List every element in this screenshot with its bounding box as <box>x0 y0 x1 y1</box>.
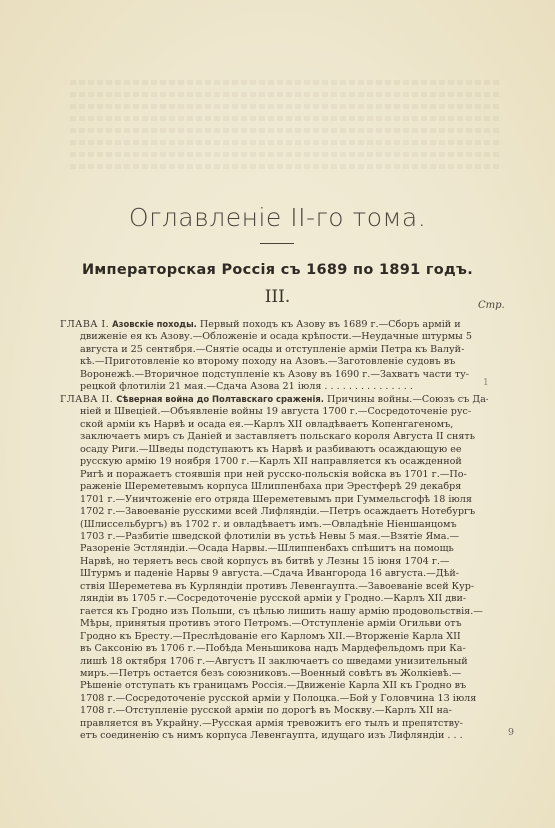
bleed-through-text <box>70 116 500 121</box>
chapter-text-line: ской арміи къ Нарвѣ и осада ея.—Карлъ XI… <box>60 419 488 431</box>
chapter-text-line: Разореніе Эстляндіи.—Осада Нарвы.—Шлиппе… <box>60 543 488 555</box>
chapter-text-line: Ригѣ и поражаетъ стоявшія при ней русско… <box>60 469 488 481</box>
chapter-text-line: кѣ.—Приготовленіе ко второму походу на А… <box>60 356 488 368</box>
chapter-text-line: 1701 г.—Уничтоженіе его отряда Шереметев… <box>60 494 488 506</box>
bleed-through-text <box>70 128 500 133</box>
chapter-text-line: заключаетъ миръ съ Даніей и заставляетъ … <box>60 431 488 443</box>
chapter-text-line: осаду Риги.—Шведы подступаютъ къ Нарвѣ и… <box>60 444 488 456</box>
bleed-through-text <box>70 152 500 157</box>
page-column-label: Стр. <box>478 300 505 311</box>
chapter-text-line: (Шлиссельбургъ) въ 1702 г. и овладѣваетъ… <box>60 519 488 531</box>
chapter-text-line: раженіе Шереметевымъ корпуса Шлиппенбаха… <box>60 481 488 493</box>
title-divider <box>260 243 294 244</box>
chapter-text-line: въ Саксонію въ 1706 г.—Побѣда Меньшикова… <box>60 643 488 655</box>
chapter-text-line: миръ.—Петръ остается безъ союзниковъ.—Во… <box>60 668 488 680</box>
chapter-label: ГЛАВА II. <box>60 394 113 405</box>
chapter-text: Причины войны.—Союзъ съ Да- <box>327 394 488 405</box>
chapter-text-line: Воронежѣ.—Вторичное подступленіе къ Азов… <box>60 369 488 381</box>
book-page: Оглавленіе II-го тома. Императорская Рос… <box>0 0 555 828</box>
page-title: Оглавленіе II-го тома. <box>0 203 555 232</box>
chapter-text-line: ствія Шереметева въ Курляндіи противъ Ле… <box>60 581 488 593</box>
bleed-through-text <box>70 140 500 145</box>
chapter-text-line: Штурмъ и паденіе Нарвы 9 августа.—Сдача … <box>60 568 488 580</box>
toc-entry-chapter-1: ГЛАВА I. Азовскіе походы. Первый походъ … <box>60 318 488 394</box>
chapter-text-line: Мѣры, принятыя противъ этого Петромъ.—От… <box>60 618 488 630</box>
chapter-text-line: 1703 г.—Разбитіе шведской флотиліи въ ус… <box>60 531 488 543</box>
chapter-text-line: рецкой флотиліи 21 мая.—Сдача Азова 21 і… <box>60 381 488 393</box>
chapter-text-line: движеніе ея къ Азову.—Обложеніе и осада … <box>60 331 488 343</box>
bleed-through-text <box>70 92 500 97</box>
chapter-label: ГЛАВА I. <box>60 319 109 330</box>
toc-entry-first-line: ГЛАВА II. Сѣверная война до Полтавскаго … <box>60 393 488 406</box>
chapter-text-line: ляндіи въ 1705 г.—Сосредоточеніе русской… <box>60 593 488 605</box>
chapter-2-page-number: 9 <box>508 727 514 738</box>
chapter-text-line: 1708 г.—Отступленіе русской арміи по дор… <box>60 705 488 717</box>
toc-entry-chapter-2: ГЛАВА II. Сѣверная война до Полтавскаго … <box>60 393 488 743</box>
volume-subtitle: Императорская Россія съ 1689 по 1891 год… <box>0 262 555 278</box>
chapter-text-line: 1708 г.—Сосредоточеніе русской арміи у П… <box>60 693 488 705</box>
chapter-text-line: правляется въ Украйну.—Русская армія тре… <box>60 718 488 730</box>
bleed-through-text <box>70 104 500 109</box>
chapter-text-line: етъ соединенію съ нимъ корпуса Левенгауп… <box>60 730 488 742</box>
chapter-text-line: Рѣшеніе отступать къ границамъ Россія.—Д… <box>60 680 488 692</box>
chapter-title: Азовскіе походы. <box>112 319 197 329</box>
chapter-text-line: гается къ Гродно изъ Польши, съ цѣлью ли… <box>60 606 488 618</box>
chapter-text-line: лишѣ 18 октября 1706 г.—Августъ II заклю… <box>60 656 488 668</box>
chapter-1-page-number: 1 <box>483 378 489 388</box>
chapter-text-line: Гродно къ Бресту.—Преслѣдованіе его Карл… <box>60 631 488 643</box>
bleed-through-text <box>70 80 500 85</box>
chapter-text-line: русскую армію 19 ноября 1700 г.—Карлъ XI… <box>60 456 488 468</box>
chapter-text-line: ніей и Швеціей.—Объявленіе войны 19 авгу… <box>60 406 488 418</box>
bleed-through-text <box>70 164 500 169</box>
part-number: III. <box>0 287 555 307</box>
chapter-title: Сѣверная война до Полтавскаго сраженія. <box>116 394 324 404</box>
chapter-text-line: августа и 25 сентября.—Снятіе осады и от… <box>60 344 488 356</box>
chapter-text-line: 1702 г.—Завоеваніе русскими всей Лифлянд… <box>60 506 488 518</box>
chapter-text: Первый походъ къ Азову въ 1689 г.—Сборъ … <box>200 319 461 330</box>
toc-entry-first-line: ГЛАВА I. Азовскіе походы. Первый походъ … <box>60 318 488 331</box>
chapter-text-line: Нарвѣ, но теряетъ весь свой корпусъ въ б… <box>60 556 488 568</box>
